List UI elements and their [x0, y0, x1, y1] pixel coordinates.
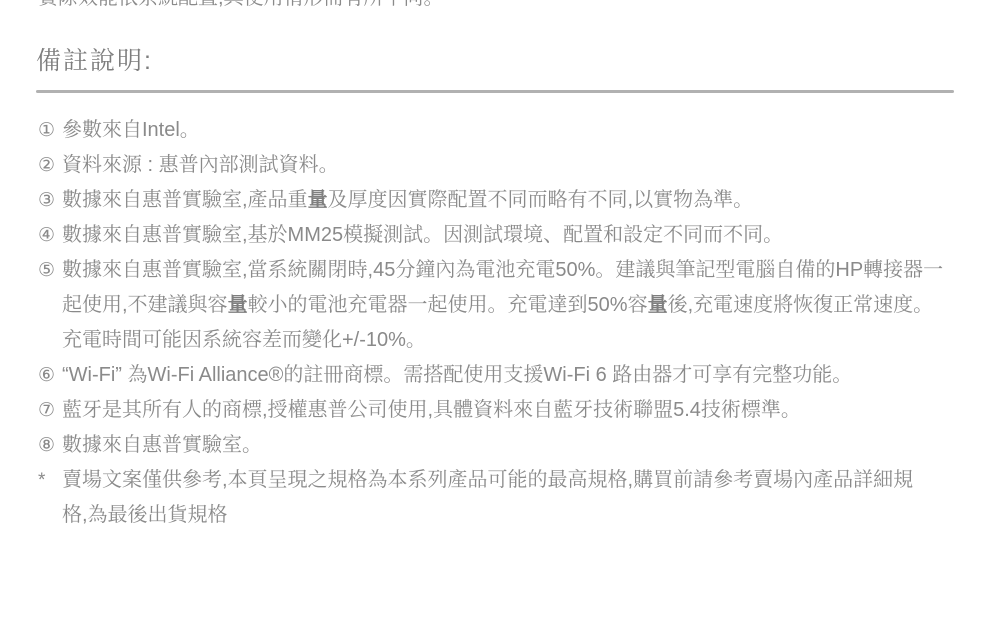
- note-6-line-1: “Wi-Fi” 為Wi-Fi Alliance®的註冊商標。需搭配使用支援Wi-…: [62, 358, 966, 393]
- note-marker-1: ①: [38, 113, 62, 148]
- note-item-asterisk: * 賣場文案僅供參考,本頁呈現之規格為本系列產品可能的最高規格,購買前請參考賣場…: [38, 463, 966, 533]
- note-text-asterisk: 賣場文案僅供參考,本頁呈現之規格為本系列產品可能的最高規格,購買前請參考賣場內產…: [62, 463, 966, 533]
- note-item-6: ⑥ “Wi-Fi” 為Wi-Fi Alliance®的註冊商標。需搭配使用支援W…: [38, 358, 966, 393]
- clipped-previous-text-line: 實際效能依系統配置,與使用情形而有所不同。: [0, 0, 1000, 9]
- note-text-4: 數據來自惠普實驗室,基於MM25模擬測試。因測試環境、配置和設定不同而不同。: [62, 218, 966, 253]
- note-7-line-1: 藍牙是其所有人的商標,授權惠普公司使用,具體資料來自藍牙技術聯盟5.4技術標準。: [62, 393, 966, 428]
- notes-page: 實際效能依系統配置,與使用情形而有所不同。 備註說明: ① 參數來自Intel。…: [0, 0, 1000, 630]
- note-2-line-1: 資料來源 : 惠普內部測試資料。: [62, 148, 966, 183]
- note-item-1: ① 參數來自Intel。: [38, 113, 966, 148]
- note-5-line-3: 充電時間可能因系統容差而變化+/-10%。: [62, 323, 966, 358]
- note-text-1: 參數來自Intel。: [62, 113, 966, 148]
- note-marker-asterisk: *: [38, 463, 62, 498]
- note-marker-5: ⑤: [38, 253, 62, 288]
- note-text-6: “Wi-Fi” 為Wi-Fi Alliance®的註冊商標。需搭配使用支援Wi-…: [62, 358, 966, 393]
- note-marker-7: ⑦: [38, 393, 62, 428]
- note-marker-6: ⑥: [38, 358, 62, 393]
- note-item-7: ⑦ 藍牙是其所有人的商標,授權惠普公司使用,具體資料來自藍牙技術聯盟5.4技術標…: [38, 393, 966, 428]
- note-5-line-1: 數據來自惠普實驗室,當系統關閉時,45分鐘內為電池充電50%。建議與筆記型電腦自…: [62, 253, 966, 288]
- notes-list: ① 參數來自Intel。 ② 資料來源 : 惠普內部測試資料。 ③ 數據來自惠普…: [0, 113, 1000, 533]
- note-marker-4: ④: [38, 218, 62, 253]
- note-asterisk-line-1: 賣場文案僅供參考,本頁呈現之規格為本系列產品可能的最高規格,購買前請參考賣場內產…: [62, 463, 966, 498]
- note-item-2: ② 資料來源 : 惠普內部測試資料。: [38, 148, 966, 183]
- note-4-line-1: 數據來自惠普實驗室,基於MM25模擬測試。因測試環境、配置和設定不同而不同。: [62, 218, 966, 253]
- note-item-3: ③ 數據來自惠普實驗室,產品重量及厚度因實際配置不同而略有不同,以實物為準。: [38, 183, 966, 218]
- note-5-line-2: 起使用,不建議與容量較小的電池充電器一起使用。充電達到50%容量後,充電速度將恢…: [62, 288, 966, 323]
- section-divider: [36, 90, 954, 93]
- note-text-8: 數據來自惠普實驗室。: [62, 428, 966, 463]
- note-marker-3: ③: [38, 183, 62, 218]
- note-3-line-1: 數據來自惠普實驗室,產品重量及厚度因實際配置不同而略有不同,以實物為準。: [62, 183, 966, 218]
- note-item-5: ⑤ 數據來自惠普實驗室,當系統關閉時,45分鐘內為電池充電50%。建議與筆記型電…: [38, 253, 966, 358]
- note-marker-2: ②: [38, 148, 62, 183]
- clipped-text: 實際效能依系統配置,與使用情形而有所不同。: [38, 0, 1000, 8]
- note-marker-8: ⑧: [38, 428, 62, 463]
- note-1-line-1: 參數來自Intel。: [62, 113, 966, 148]
- note-text-5: 數據來自惠普實驗室,當系統關閉時,45分鐘內為電池充電50%。建議與筆記型電腦自…: [62, 253, 966, 358]
- note-8-line-1: 數據來自惠普實驗室。: [62, 428, 966, 463]
- note-text-7: 藍牙是其所有人的商標,授權惠普公司使用,具體資料來自藍牙技術聯盟5.4技術標準。: [62, 393, 966, 428]
- note-item-8: ⑧ 數據來自惠普實驗室。: [38, 428, 966, 463]
- note-text-3: 數據來自惠普實驗室,產品重量及厚度因實際配置不同而略有不同,以實物為準。: [62, 183, 966, 218]
- section-heading: 備註說明:: [36, 46, 1000, 77]
- note-item-4: ④ 數據來自惠普實驗室,基於MM25模擬測試。因測試環境、配置和設定不同而不同。: [38, 218, 966, 253]
- note-asterisk-line-2: 格,為最後出貨規格: [62, 498, 966, 533]
- note-text-2: 資料來源 : 惠普內部測試資料。: [62, 148, 966, 183]
